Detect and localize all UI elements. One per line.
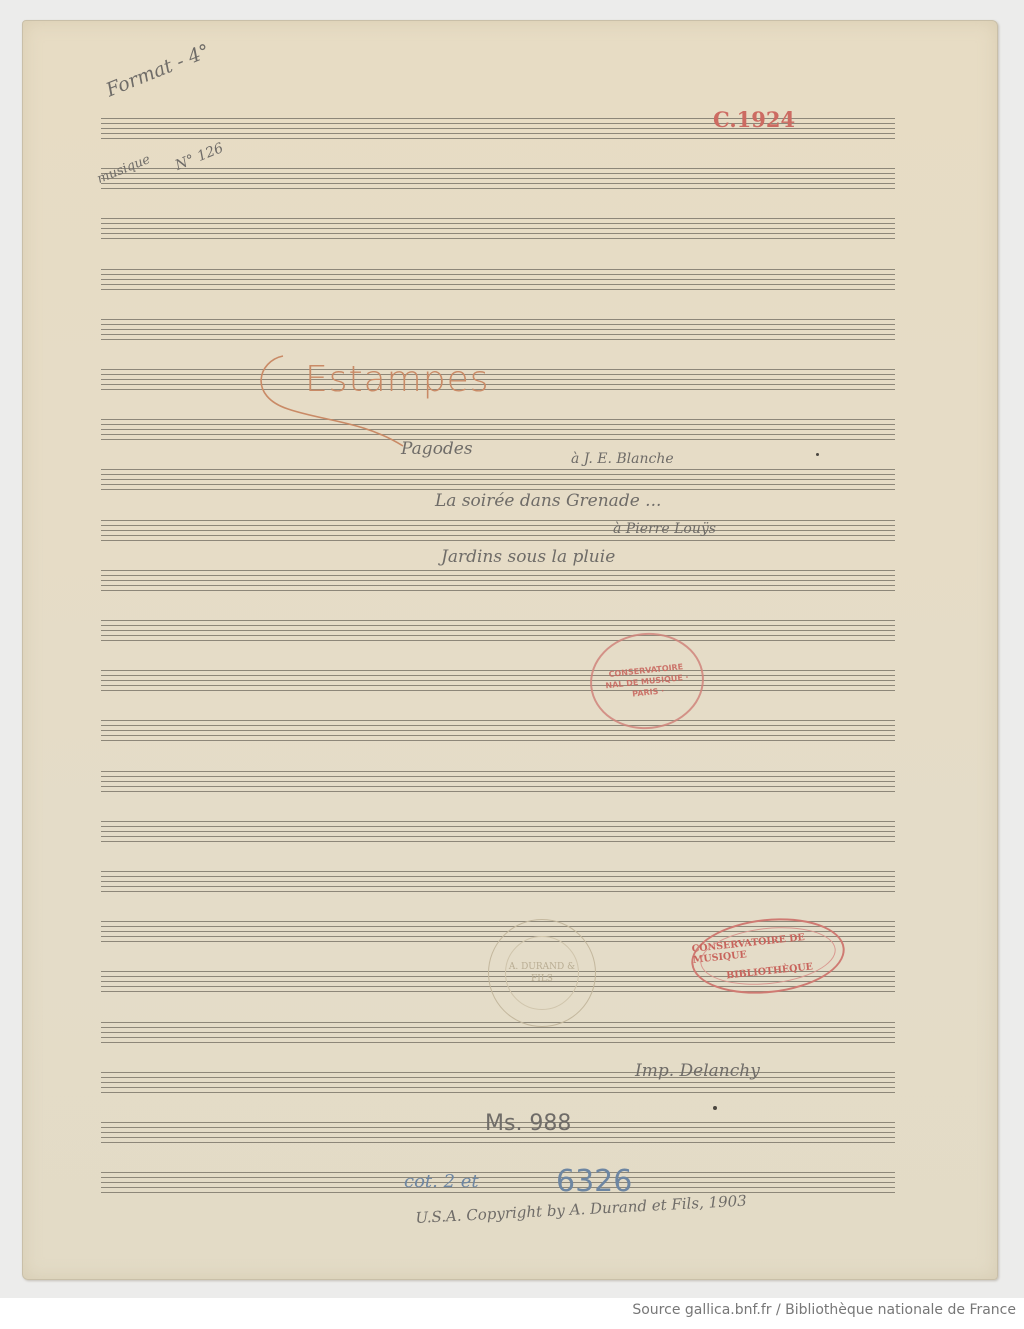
staff-line [101, 484, 895, 485]
staff-line [101, 670, 895, 671]
staff-line [101, 389, 895, 390]
work-title: Estampes [305, 359, 490, 400]
staff [101, 218, 895, 239]
staff-line [101, 1137, 895, 1138]
staff-line [101, 188, 895, 189]
piece-title-1: Pagodes [401, 439, 473, 459]
staff-line [101, 439, 895, 440]
staff-line [101, 821, 895, 822]
staff [101, 821, 895, 842]
staff-line [101, 776, 895, 777]
staff-line [101, 279, 895, 280]
staff-line [101, 735, 895, 736]
staff-line [101, 133, 895, 134]
ink-dot [713, 1106, 717, 1110]
staff-line [101, 369, 895, 370]
staff-line [101, 891, 895, 892]
staff-line [101, 1177, 895, 1178]
staff-line [101, 625, 895, 626]
staff-line [101, 1142, 895, 1143]
staff [101, 520, 895, 541]
staff-line [101, 183, 895, 184]
staff-line [101, 791, 895, 792]
shelfmark-stamp: C.1924 [713, 107, 795, 132]
staff-line [101, 1187, 895, 1188]
staff-line [101, 479, 895, 480]
staff-line [101, 590, 895, 591]
manuscript-page: C.1924 Format - 4° N° 126 musique Estamp… [22, 20, 998, 1280]
staff-line [101, 334, 895, 335]
stamp-inner-ring [697, 921, 838, 991]
staff-line [101, 725, 895, 726]
staff-line [101, 1037, 895, 1038]
staff-line [101, 474, 895, 475]
staff-line [101, 1182, 895, 1183]
piece-title-2: La soirée dans Grenade ... [435, 491, 661, 511]
staff-line [101, 1082, 895, 1083]
staff-line [101, 730, 895, 731]
staff-line [101, 771, 895, 772]
staff [101, 269, 895, 290]
staff [101, 419, 895, 440]
staff-line [101, 429, 895, 430]
staff-line [101, 690, 895, 691]
piece-dedication-2: à Pierre Louÿs [613, 521, 716, 537]
source-credit: Source gallica.bnf.fr / Bibliothèque nat… [632, 1302, 1016, 1318]
piece-dedication-1: à J. E. Blanche [571, 451, 674, 467]
staff-line [101, 469, 895, 470]
staff-line [101, 620, 895, 621]
staff-line [101, 826, 895, 827]
staff-line [101, 319, 895, 320]
ink-dot [816, 453, 819, 456]
staff [101, 570, 895, 591]
manuscript-number: Ms. 988 [485, 1111, 571, 1136]
staff-line [101, 1022, 895, 1023]
staff-line [101, 1042, 895, 1043]
staff-line [101, 841, 895, 842]
staff-line [101, 228, 895, 229]
staff-line [101, 640, 895, 641]
staff-line [101, 1072, 895, 1073]
staff [101, 168, 895, 189]
engraver-note: Imp. Delanchy [635, 1061, 760, 1081]
staff-line [101, 289, 895, 290]
staff [101, 369, 895, 390]
staff-line [101, 1087, 895, 1088]
staff-line [101, 635, 895, 636]
cote-label: cot. 2 et [404, 1171, 479, 1192]
format-note: Format - 4° [103, 40, 213, 102]
staff-line [101, 138, 895, 139]
staff [101, 871, 895, 892]
staff-line [101, 384, 895, 385]
staff-line [101, 781, 895, 782]
staff-line [101, 1027, 895, 1028]
staff-line [101, 233, 895, 234]
stamp-text: A. DURAND & FILS [507, 961, 577, 985]
staff-line [101, 740, 895, 741]
staff-line [101, 424, 895, 425]
staff-line [101, 570, 895, 571]
staff-line [101, 329, 895, 330]
staff-line [101, 871, 895, 872]
staff-line [101, 881, 895, 882]
staff-line [101, 339, 895, 340]
staff-line [101, 520, 895, 521]
staff-line [101, 1192, 895, 1193]
staff [101, 319, 895, 340]
staff-line [101, 630, 895, 631]
piece-title-3: Jardins sous la pluie [441, 547, 615, 567]
staff [101, 620, 895, 641]
staff-line [101, 178, 895, 179]
conservatoire-round-stamp: CONSERVATOIRE NAL DE MUSIQUE · PARIS · [585, 627, 708, 734]
staff-line [101, 535, 895, 536]
staff-line [101, 218, 895, 219]
staff-line [101, 1172, 895, 1173]
staff [101, 1072, 895, 1093]
staff-line [101, 419, 895, 420]
staff-line [101, 675, 895, 676]
staff-line [101, 540, 895, 541]
staff-line [101, 238, 895, 239]
staff-line [101, 1077, 895, 1078]
staff-line [101, 580, 895, 581]
staff-line [101, 585, 895, 586]
staff-line [101, 886, 895, 887]
durand-publisher-stamp: A. DURAND & FILS [488, 919, 596, 1027]
staff [101, 1172, 895, 1193]
staff-line [101, 831, 895, 832]
staff [101, 670, 895, 691]
staff-line [101, 274, 895, 275]
staff-line [101, 720, 895, 721]
staff [101, 469, 895, 490]
staff-line [101, 324, 895, 325]
stamp-text: CONSERVATOIRE NAL DE MUSIQUE · PARIS · [600, 660, 695, 702]
staff-line [101, 876, 895, 877]
staff-line [101, 1092, 895, 1093]
staff-line [101, 269, 895, 270]
staff-line [101, 284, 895, 285]
staff-line [101, 525, 895, 526]
staff-line [101, 1032, 895, 1033]
staff-line [101, 685, 895, 686]
staff-line [101, 434, 895, 435]
staff-line [101, 680, 895, 681]
staff [101, 1022, 895, 1043]
staff-line [101, 374, 895, 375]
staff [101, 771, 895, 792]
staff-line [101, 786, 895, 787]
staff-line [101, 530, 895, 531]
staff-line [101, 168, 895, 169]
staff-line [101, 173, 895, 174]
staff-line [101, 836, 895, 837]
staff [101, 720, 895, 741]
staff-line [101, 379, 895, 380]
staff-line [101, 575, 895, 576]
staff-line [101, 223, 895, 224]
cote-number: 6326 [556, 1164, 632, 1199]
